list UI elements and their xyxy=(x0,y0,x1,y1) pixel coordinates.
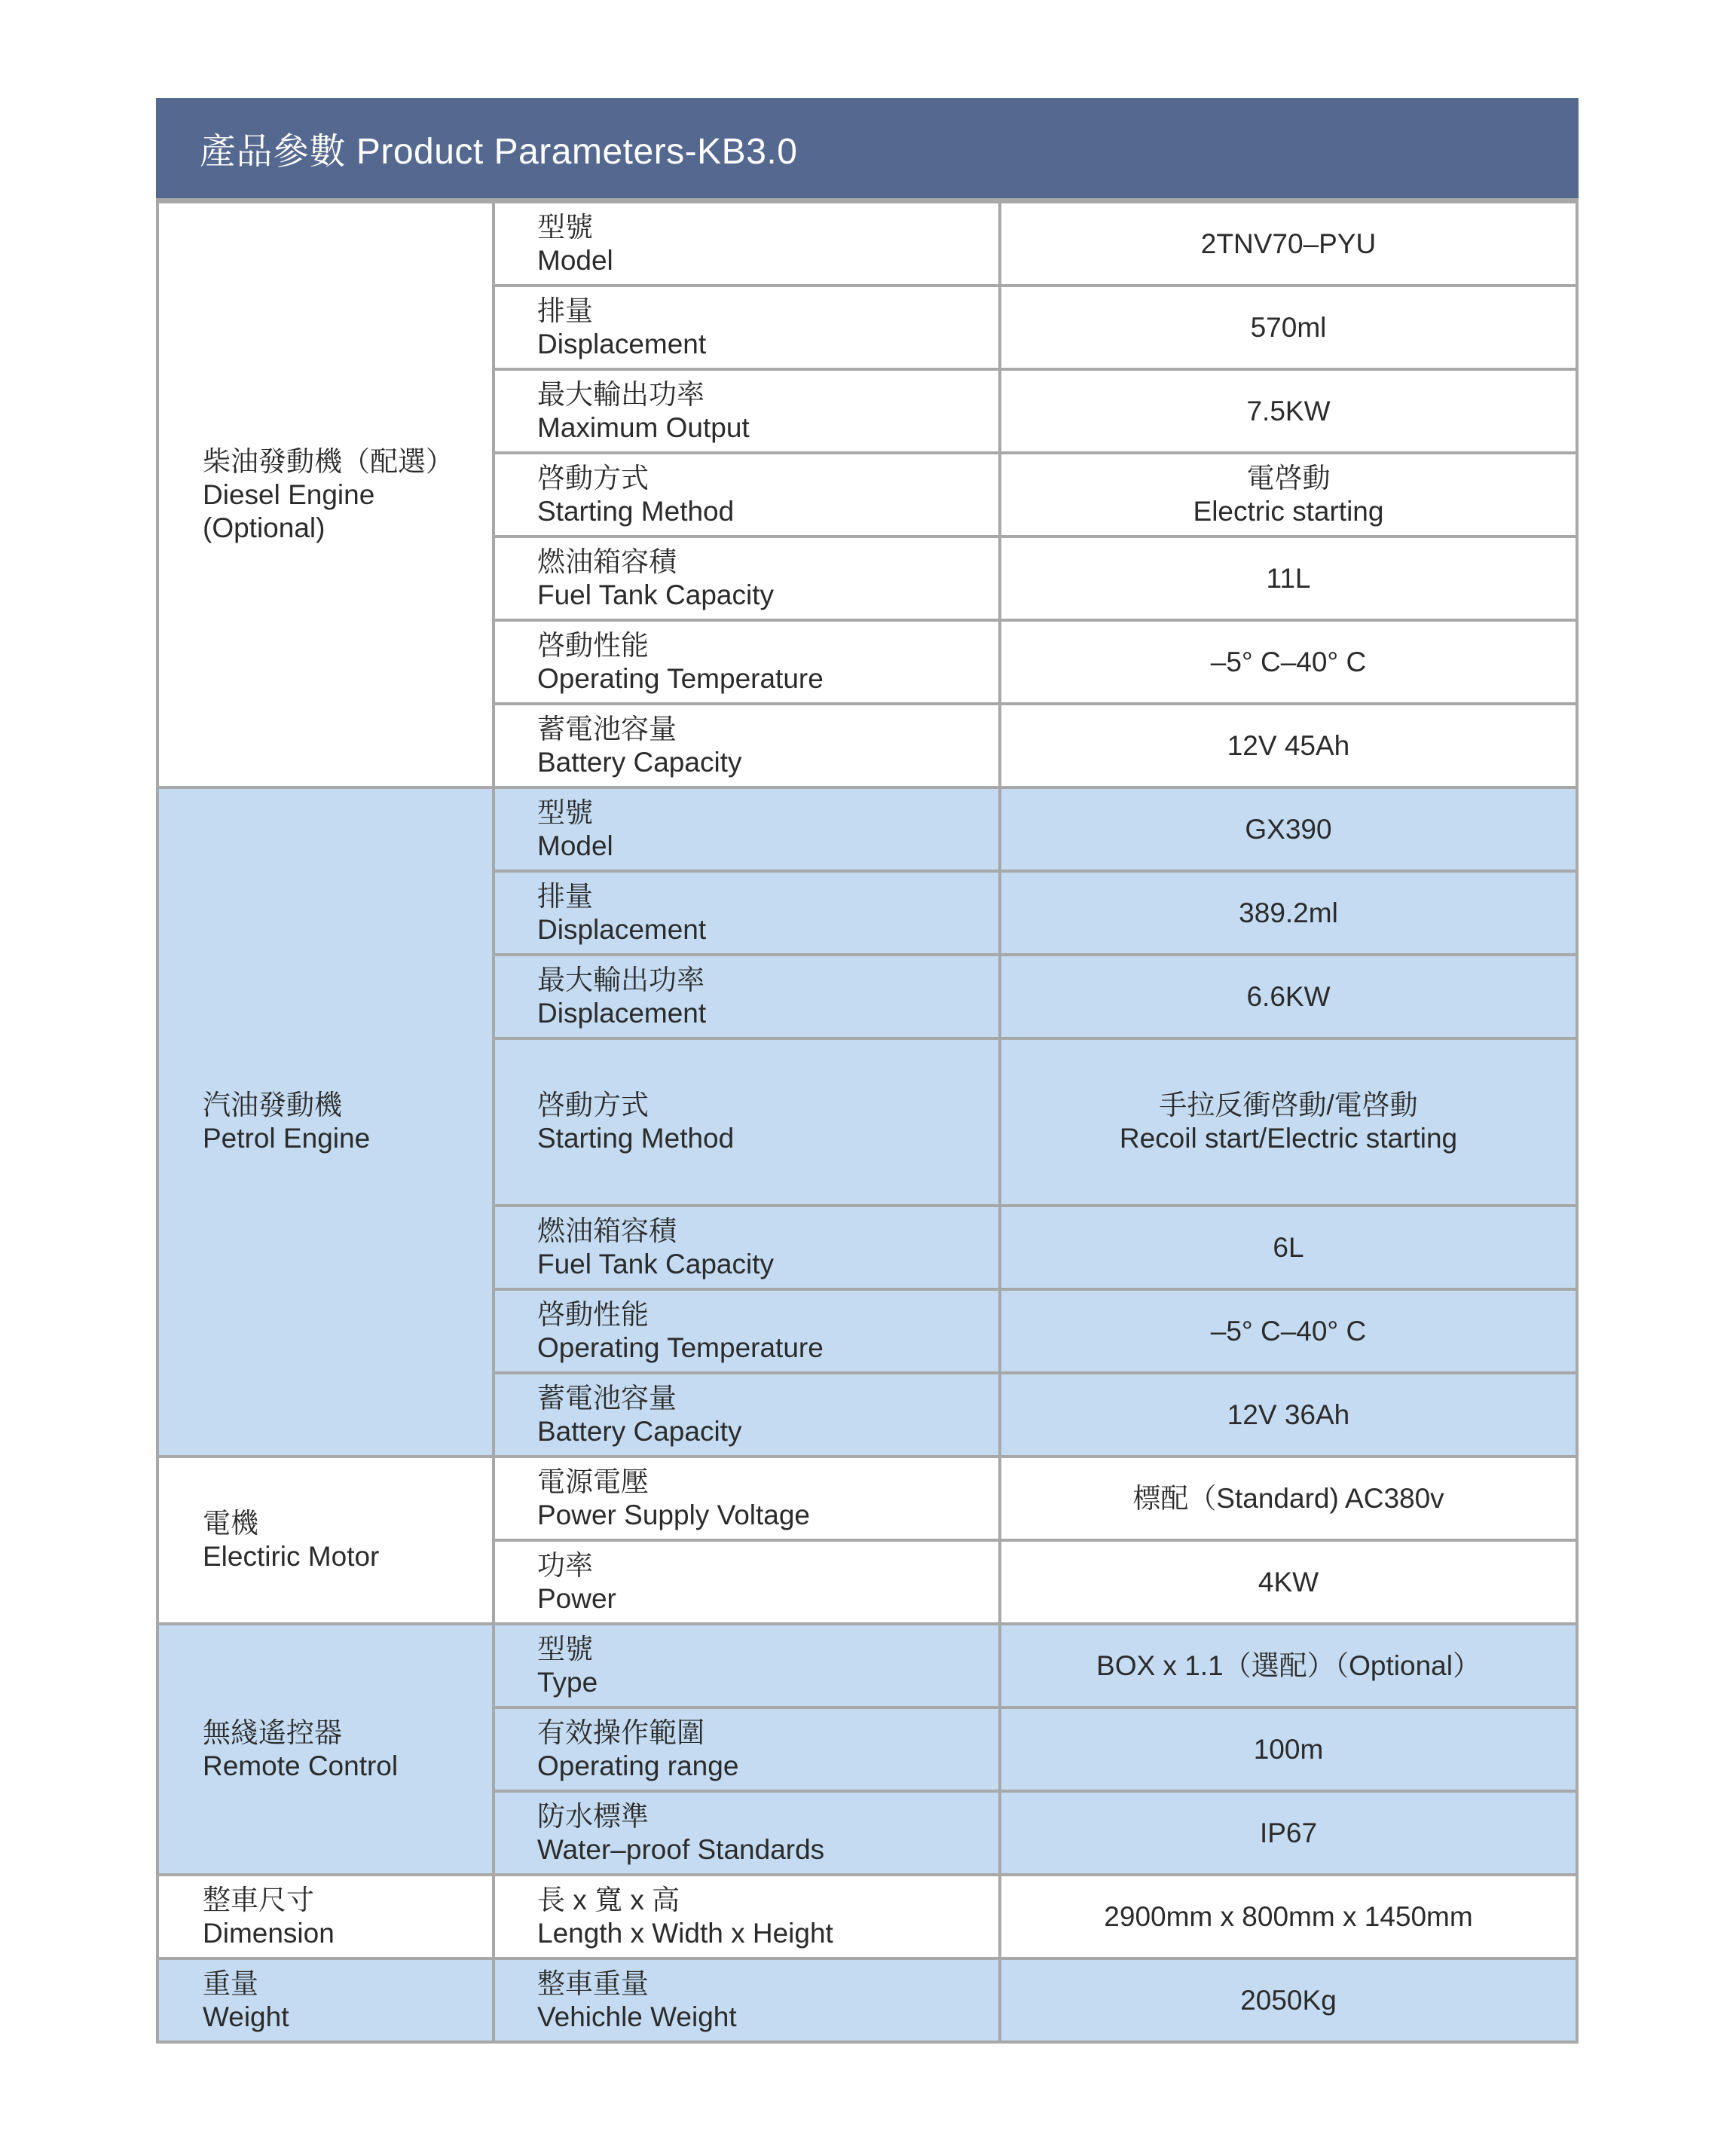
table-row: 重量 Weight 整車重量Vehichle Weight 2050Kg xyxy=(157,1958,1577,2042)
param-label-en: Fuel Tank Capacity xyxy=(537,1248,998,1281)
value-cell: 100m xyxy=(1000,1707,1577,1791)
param-label-zh: 燃油箱容積 xyxy=(537,546,998,579)
param-label-zh: 功率 xyxy=(537,1549,998,1582)
category-diesel-engine: 柴油發動機（配選） Diesel Engine (Optional) xyxy=(157,202,494,787)
param-cell: 啓動性能Operating Temperature xyxy=(494,1289,1000,1373)
param-label-en: Water–proof Standards xyxy=(537,1833,998,1866)
param-cell: 最大輸出功率Maximum Output xyxy=(494,369,1000,453)
param-label-zh: 蓄電池容量 xyxy=(537,1382,998,1415)
category-label-en: Weight xyxy=(203,2001,492,2034)
param-label-en: Operating Temperature xyxy=(537,1331,998,1365)
param-label-en: Fuel Tank Capacity xyxy=(537,579,998,612)
param-cell: 排量Displacement xyxy=(494,871,1000,955)
param-cell: 燃油箱容積Fuel Tank Capacity xyxy=(494,537,1000,620)
param-label-zh: 啓動性能 xyxy=(537,1298,998,1331)
category-label-en: Electiric Motor xyxy=(203,1540,492,1573)
value-text: 12V 45Ah xyxy=(1001,729,1576,763)
param-cell: 長 x 寬 x 高Length x Width x Height xyxy=(494,1875,1000,1958)
param-label-zh: 排量 xyxy=(537,295,998,328)
param-label-zh: 整車重量 xyxy=(537,1967,998,2001)
category-weight: 重量 Weight xyxy=(157,1958,494,2042)
category-label-zh: 電機 xyxy=(203,1507,492,1540)
param-label-zh: 型號 xyxy=(537,1633,998,1666)
param-label-zh: 型號 xyxy=(537,796,998,830)
value-cell: GX390 xyxy=(1000,787,1577,871)
value-text: –5° C–40° C xyxy=(1001,1315,1576,1348)
value-text: 12V 36Ah xyxy=(1001,1399,1576,1432)
value-text: 4KW xyxy=(1001,1566,1576,1599)
value-cell: 11L xyxy=(1000,537,1577,620)
table-header: 產品參數 Product Parameters-KB3.0 xyxy=(156,98,1579,200)
value-text: 6.6KW xyxy=(1001,980,1576,1013)
value-text: 標配（Standard) AC380v xyxy=(1001,1482,1576,1515)
value-text: 11L xyxy=(1001,562,1576,595)
param-label-en: Length x Width x Height xyxy=(537,1917,998,1950)
param-cell: 啓動性能Operating Temperature xyxy=(494,620,1000,704)
param-label-en: Starting Method xyxy=(537,1122,998,1155)
value-text: Recoil start/Electric starting xyxy=(1001,1122,1576,1155)
param-cell: 功率Power xyxy=(494,1540,1000,1624)
category-label-en-note: (Optional) xyxy=(203,512,492,545)
param-label-en: Power xyxy=(537,1582,998,1616)
value-text: 2050Kg xyxy=(1001,1984,1576,2017)
param-cell: 有效操作範圍Operating range xyxy=(494,1707,1000,1791)
param-cell: 排量Displacement xyxy=(494,286,1000,369)
param-cell: 啓動方式Starting Method xyxy=(494,1038,1000,1206)
value-text: Electric starting xyxy=(1001,495,1576,528)
value-cell: 2050Kg xyxy=(1000,1958,1577,2042)
param-cell: 防水標準Water–proof Standards xyxy=(494,1791,1000,1875)
category-label-en: Remote Control xyxy=(203,1750,492,1783)
value-text: 100m xyxy=(1001,1733,1576,1766)
value-cell: 4KW xyxy=(1000,1540,1577,1624)
product-parameters-sheet: 產品參數 Product Parameters-KB3.0 柴油發動機（配選） … xyxy=(156,98,1579,2044)
value-text: 6L xyxy=(1001,1231,1576,1264)
category-dimension: 整車尺寸 Dimension xyxy=(157,1875,494,1958)
param-label-zh: 啓動性能 xyxy=(537,629,998,662)
value-text: –5° C–40° C xyxy=(1001,646,1576,679)
table-row: 汽油發動機 Petrol Engine 型號Model GX390 xyxy=(157,787,1577,871)
param-label-zh: 長 x 寬 x 高 xyxy=(537,1884,998,1917)
value-cell: 標配（Standard) AC380v xyxy=(1000,1457,1577,1540)
param-cell: 電源電壓Power Supply Voltage xyxy=(494,1457,1000,1540)
value-cell: –5° C–40° C xyxy=(1000,620,1577,704)
param-label-zh: 燃油箱容積 xyxy=(537,1215,998,1248)
param-cell: 型號Model xyxy=(494,202,1000,286)
value-cell: 手拉反衝啓動/電啓動Recoil start/Electric starting xyxy=(1000,1038,1577,1206)
param-cell: 最大輸出功率Displacement xyxy=(494,955,1000,1038)
param-label-zh: 電源電壓 xyxy=(537,1466,998,1499)
parameters-table: 柴油發動機（配選） Diesel Engine (Optional) 型號Mod… xyxy=(156,200,1579,2044)
param-label-en: Maximum Output xyxy=(537,411,998,445)
value-cell: BOX x 1.1（選配）（Optional） xyxy=(1000,1624,1577,1707)
category-label-zh: 汽油發動機 xyxy=(203,1089,492,1122)
param-label-zh: 排量 xyxy=(537,880,998,913)
param-cell: 啓動方式Starting Method xyxy=(494,453,1000,537)
value-cell: 389.2ml xyxy=(1000,871,1577,955)
category-label-zh: 柴油發動機（配選） xyxy=(203,445,492,478)
category-label-en: Diesel Engine xyxy=(203,478,492,512)
table-row: 電機 Electiric Motor 電源電壓Power Supply Volt… xyxy=(157,1457,1577,1540)
param-label-en: Starting Method xyxy=(537,495,998,528)
value-text: GX390 xyxy=(1001,813,1576,846)
value-cell: IP67 xyxy=(1000,1791,1577,1875)
value-cell: –5° C–40° C xyxy=(1000,1289,1577,1373)
param-label-zh: 蓄電池容量 xyxy=(537,713,998,746)
value-text: 389.2ml xyxy=(1001,897,1576,930)
value-cell: 6L xyxy=(1000,1206,1577,1289)
category-label-en: Petrol Engine xyxy=(203,1122,492,1155)
param-cell: 蓄電池容量Battery Capacity xyxy=(494,704,1000,787)
value-cell: 2TNV70–PYU xyxy=(1000,202,1577,286)
param-cell: 整車重量Vehichle Weight xyxy=(494,1958,1000,2042)
category-label-en: Dimension xyxy=(203,1917,492,1950)
param-cell: 型號Type xyxy=(494,1624,1000,1707)
value-text: 570ml xyxy=(1001,311,1576,344)
param-label-zh: 防水標準 xyxy=(537,1800,998,1833)
param-label-en: Operating range xyxy=(537,1750,998,1783)
param-label-en: Model xyxy=(537,244,998,277)
category-label-zh: 整車尺寸 xyxy=(203,1884,492,1917)
param-label-en: Vehichle Weight xyxy=(537,2001,998,2034)
param-label-zh: 型號 xyxy=(537,211,998,244)
param-label-zh: 最大輸出功率 xyxy=(537,378,998,411)
param-label-en: Displacement xyxy=(537,997,998,1030)
table-row: 無綫遙控器 Remote Control 型號Type BOX x 1.1（選配… xyxy=(157,1624,1577,1707)
value-text-zh: 手拉反衝啓動/電啓動 xyxy=(1001,1089,1576,1122)
table-row: 整車尺寸 Dimension 長 x 寬 x 高Length x Width x… xyxy=(157,1875,1577,1958)
param-label-en: Battery Capacity xyxy=(537,746,998,779)
param-label-en: Displacement xyxy=(537,913,998,946)
param-label-en: Model xyxy=(537,830,998,863)
value-text: BOX x 1.1（選配）（Optional） xyxy=(1001,1649,1576,1683)
value-text: IP67 xyxy=(1001,1817,1576,1850)
value-text: 7.5KW xyxy=(1001,395,1576,428)
value-cell: 7.5KW xyxy=(1000,369,1577,453)
param-label-en: Type xyxy=(537,1666,998,1699)
value-cell: 12V 36Ah xyxy=(1000,1373,1577,1457)
param-label-en: Battery Capacity xyxy=(537,1415,998,1448)
page-title: 產品參數 Product Parameters-KB3.0 xyxy=(200,122,797,174)
param-label-zh: 啓動方式 xyxy=(537,462,998,495)
param-label-en: Operating Temperature xyxy=(537,662,998,695)
value-cell: 6.6KW xyxy=(1000,955,1577,1038)
table-row: 柴油發動機（配選） Diesel Engine (Optional) 型號Mod… xyxy=(157,202,1577,286)
value-cell: 2900mm x 800mm x 1450mm xyxy=(1000,1875,1577,1958)
value-text-zh: 電啓動 xyxy=(1001,462,1576,495)
param-cell: 燃油箱容積Fuel Tank Capacity xyxy=(494,1206,1000,1289)
value-cell: 電啓動Electric starting xyxy=(1000,453,1577,537)
value-cell: 570ml xyxy=(1000,286,1577,369)
param-label-zh: 最大輸出功率 xyxy=(537,964,998,997)
param-label-en: Displacement xyxy=(537,328,998,361)
value-cell: 12V 45Ah xyxy=(1000,704,1577,787)
value-text: 2900mm x 800mm x 1450mm xyxy=(1001,1900,1576,1934)
value-text: 2TNV70–PYU xyxy=(1001,228,1576,261)
param-label-zh: 有效操作範圍 xyxy=(537,1717,998,1750)
param-label-zh: 啓動方式 xyxy=(537,1089,998,1122)
category-remote-control: 無綫遙控器 Remote Control xyxy=(157,1624,494,1875)
category-petrol-engine: 汽油發動機 Petrol Engine xyxy=(157,787,494,1457)
category-label-zh: 重量 xyxy=(203,1967,492,2001)
category-label-zh: 無綫遙控器 xyxy=(203,1717,492,1750)
category-electric-motor: 電機 Electiric Motor xyxy=(157,1457,494,1624)
param-cell: 型號Model xyxy=(494,787,1000,871)
param-cell: 蓄電池容量Battery Capacity xyxy=(494,1373,1000,1457)
param-label-en: Power Supply Voltage xyxy=(537,1499,998,1532)
